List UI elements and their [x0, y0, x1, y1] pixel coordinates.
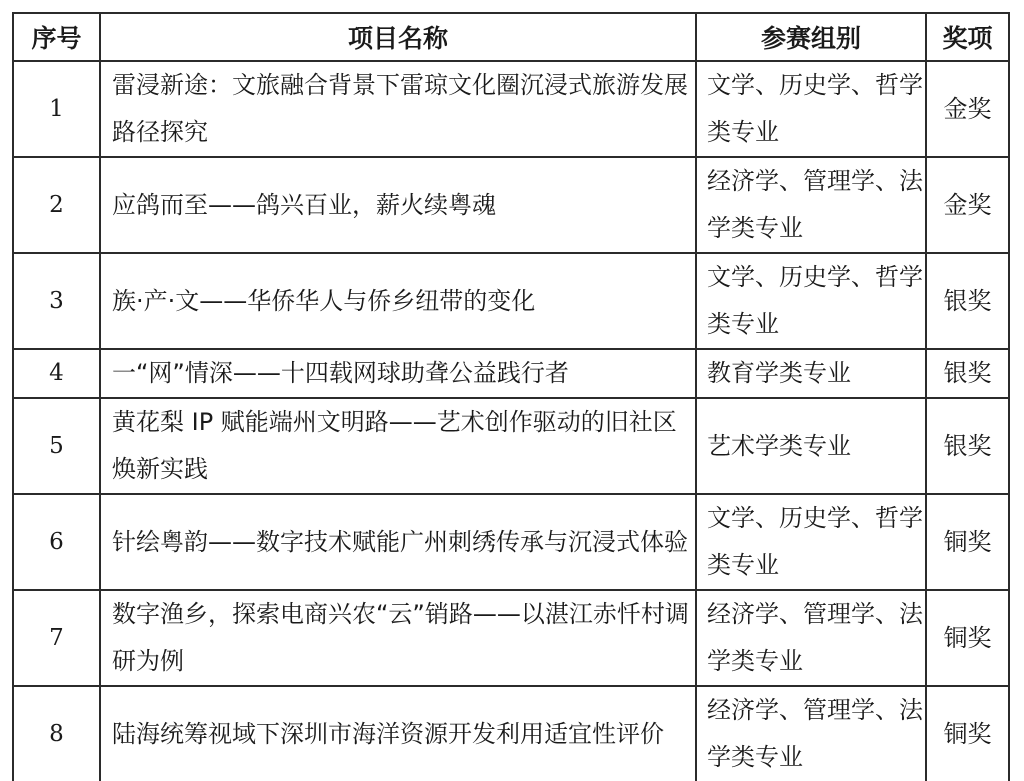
project-name: 陆海统筹视域下深圳市海洋资源开发利用适宜性评价	[100, 686, 696, 781]
project-name: 族·产·文——华侨华人与侨乡纽带的变化	[100, 253, 696, 349]
award: 银奖	[926, 398, 1009, 494]
award: 金奖	[926, 157, 1009, 253]
award: 铜奖	[926, 590, 1009, 686]
table-row: 6 针绘粤韵——数字技术赋能广州刺绣传承与沉浸式体验 文学、历史学、哲学类专业 …	[13, 494, 1009, 590]
header-number: 序号	[13, 13, 100, 61]
row-number: 3	[13, 253, 100, 349]
table-row: 2 应鸽而至——鸽兴百业，薪火续粤魂 经济学、管理学、法学类专业 金奖	[13, 157, 1009, 253]
table-row: 8 陆海统筹视域下深圳市海洋资源开发利用适宜性评价 经济学、管理学、法学类专业 …	[13, 686, 1009, 781]
award: 铜奖	[926, 494, 1009, 590]
header-row: 序号 项目名称 参赛组别 奖项	[13, 13, 1009, 61]
row-number: 6	[13, 494, 100, 590]
header-group: 参赛组别	[696, 13, 926, 61]
table-row: 3 族·产·文——华侨华人与侨乡纽带的变化 文学、历史学、哲学类专业 银奖	[13, 253, 1009, 349]
award: 金奖	[926, 61, 1009, 157]
competition-group: 经济学、管理学、法学类专业	[696, 157, 926, 253]
row-number: 4	[13, 349, 100, 398]
header-project-name: 项目名称	[100, 13, 696, 61]
project-name: 针绘粤韵——数字技术赋能广州刺绣传承与沉浸式体验	[100, 494, 696, 590]
row-number: 1	[13, 61, 100, 157]
competition-group: 经济学、管理学、法学类专业	[696, 590, 926, 686]
award: 银奖	[926, 349, 1009, 398]
competition-group: 文学、历史学、哲学类专业	[696, 253, 926, 349]
award: 银奖	[926, 253, 1009, 349]
row-number: 5	[13, 398, 100, 494]
project-name: 雷浸新途：文旅融合背景下雷琼文化圈沉浸式旅游发展路径探究	[100, 61, 696, 157]
competition-group: 文学、历史学、哲学类专业	[696, 494, 926, 590]
awards-table: 序号 项目名称 参赛组别 奖项 1 雷浸新途：文旅融合背景下雷琼文化圈沉浸式旅游…	[12, 12, 1010, 781]
table-row: 5 黄花梨 IP 赋能端州文明路——艺术创作驱动的旧社区焕新实践 艺术学类专业 …	[13, 398, 1009, 494]
table-row: 7 数字渔乡，探索电商兴农“云”销路——以湛江赤忏村调研为例 经济学、管理学、法…	[13, 590, 1009, 686]
table-row: 1 雷浸新途：文旅融合背景下雷琼文化圈沉浸式旅游发展路径探究 文学、历史学、哲学…	[13, 61, 1009, 157]
table-row: 4 一“网”情深——十四载网球助聋公益践行者 教育学类专业 银奖	[13, 349, 1009, 398]
project-name: 黄花梨 IP 赋能端州文明路——艺术创作驱动的旧社区焕新实践	[100, 398, 696, 494]
row-number: 7	[13, 590, 100, 686]
project-name: 应鸽而至——鸽兴百业，薪火续粤魂	[100, 157, 696, 253]
row-number: 2	[13, 157, 100, 253]
competition-group: 文学、历史学、哲学类专业	[696, 61, 926, 157]
award: 铜奖	[926, 686, 1009, 781]
competition-group: 艺术学类专业	[696, 398, 926, 494]
header-award: 奖项	[926, 13, 1009, 61]
project-name: 数字渔乡，探索电商兴农“云”销路——以湛江赤忏村调研为例	[100, 590, 696, 686]
competition-group: 教育学类专业	[696, 349, 926, 398]
project-name: 一“网”情深——十四载网球助聋公益践行者	[100, 349, 696, 398]
row-number: 8	[13, 686, 100, 781]
competition-group: 经济学、管理学、法学类专业	[696, 686, 926, 781]
